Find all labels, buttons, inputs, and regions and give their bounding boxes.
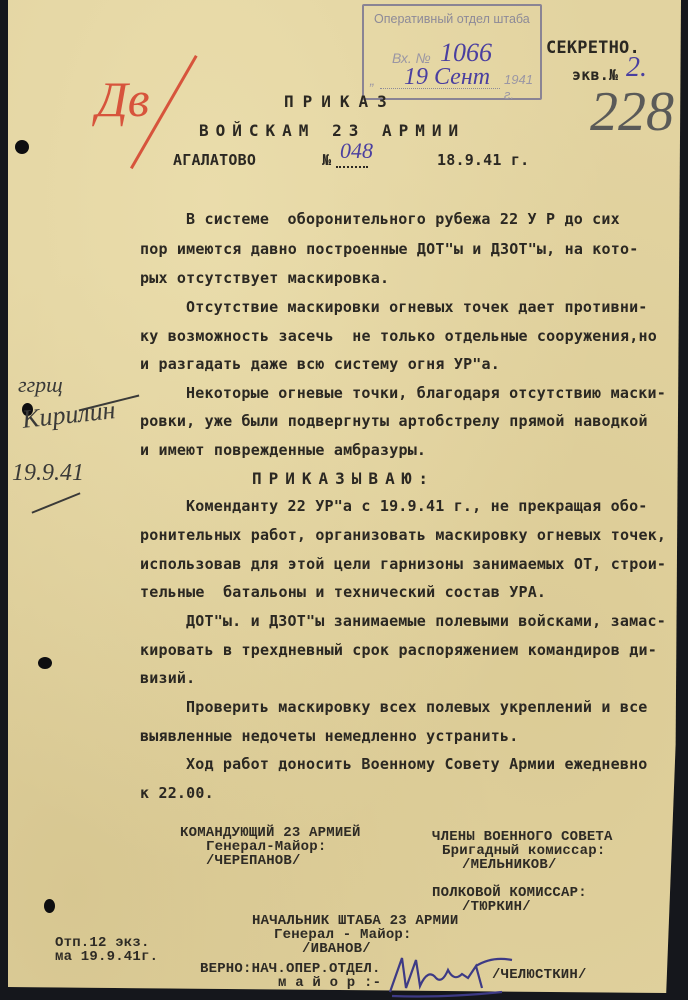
- order-1-line-3: использовав для этой цели гарнизоны зани…: [140, 555, 666, 573]
- punch-hole: [15, 140, 29, 154]
- order-subtitle: ВОЙСКАМ 23 АРМИИ: [199, 121, 465, 140]
- order-4-line-1: Ход работ доносить Военному Совету Армии…: [186, 755, 648, 773]
- order-1-line-2: ронительных работ, организовать маскиров…: [140, 526, 666, 544]
- commander-name: /ЧЕРЕПАНОВ/: [206, 854, 301, 869]
- order-number-dots: [336, 166, 368, 168]
- order-3-line-2: выявленные недочеты немедленно устранить…: [140, 727, 518, 745]
- commissar-name: /ТЮРКИН/: [462, 900, 531, 915]
- chief-of-staff-name: /ИВАНОВ/: [302, 942, 371, 957]
- stamp-date-handwritten: 19 Сент: [404, 64, 490, 91]
- handwritten-page-number: 228: [590, 80, 674, 144]
- incoming-stamp: Оперативный отдел штаба Вх. № 1066 „ 19 …: [362, 4, 542, 100]
- paragraph-2-line-1: Отсутствие маскировки огневых точек дает…: [186, 298, 648, 316]
- paragraph-3-line-1: Некоторые огневые точки, благодаря отсут…: [186, 384, 666, 402]
- paragraph-2-line-3: и разгадать даже всю систему огня УР"а.: [140, 355, 500, 373]
- order-heading: ПРИКАЗЫВАЮ:: [252, 469, 435, 488]
- order-number-label: №: [322, 151, 331, 169]
- order-number: 048: [340, 138, 373, 164]
- handwritten-signature-icon: [372, 948, 522, 1000]
- order-place: АГАЛАТОВО: [173, 151, 256, 169]
- paragraph-3-line-2: ровки, уже были подвергнуты артобстрелу …: [140, 412, 648, 430]
- punch-hole: [38, 657, 52, 669]
- order-2-line-3: визий.: [140, 669, 195, 687]
- stamp-date-prefix: „: [370, 72, 375, 88]
- order-3-line-1: Проверить маскировку всех полевых укрепл…: [186, 698, 648, 716]
- order-title: ПРИКАЗ: [284, 92, 396, 111]
- footer-note-line2: ма 19.9.41г.: [55, 950, 158, 965]
- paragraph-3-line-3: и имеют поврежденные амбразуры.: [140, 441, 426, 459]
- punch-hole: [44, 899, 55, 913]
- margin-note-date: 19.9.41: [12, 460, 84, 487]
- stamp-year: 1941 г.: [504, 72, 540, 102]
- paragraph-1-line-1: В системе оборонительного рубежа 22 У Р …: [186, 210, 620, 228]
- stamp-title: Оперативный отдел штаба: [374, 12, 530, 26]
- council-name: /МЕЛЬНИКОВ/: [462, 858, 557, 873]
- order-2-line-1: ДОТ"ы. и ДЗОТ"ы занимаемые полевыми войс…: [186, 612, 666, 630]
- paragraph-1-line-2: пор имеются давно построенные ДОТ"ы и ДЗ…: [140, 240, 638, 258]
- verified-rank: м а й о р :-: [278, 976, 381, 991]
- order-1-line-4: тельные батальоны и технический состав У…: [140, 583, 546, 601]
- paragraph-1-line-3: рых отсутствует маскировка.: [140, 269, 389, 287]
- red-handwritten-mark: Дв: [96, 70, 150, 128]
- order-2-line-2: кировать в трехдневный срок распоряжение…: [140, 641, 657, 659]
- paragraph-2-line-2: ку возможность засечь не только отдельны…: [140, 327, 657, 345]
- order-date: 18.9.41 г.: [437, 151, 529, 169]
- order-1-line-1: Коменданту 22 УР"а с 19.9.41 г., не прек…: [186, 497, 648, 515]
- order-4-line-2: к 22.00.: [140, 784, 214, 802]
- margin-note-line1: ггрщ: [18, 372, 63, 398]
